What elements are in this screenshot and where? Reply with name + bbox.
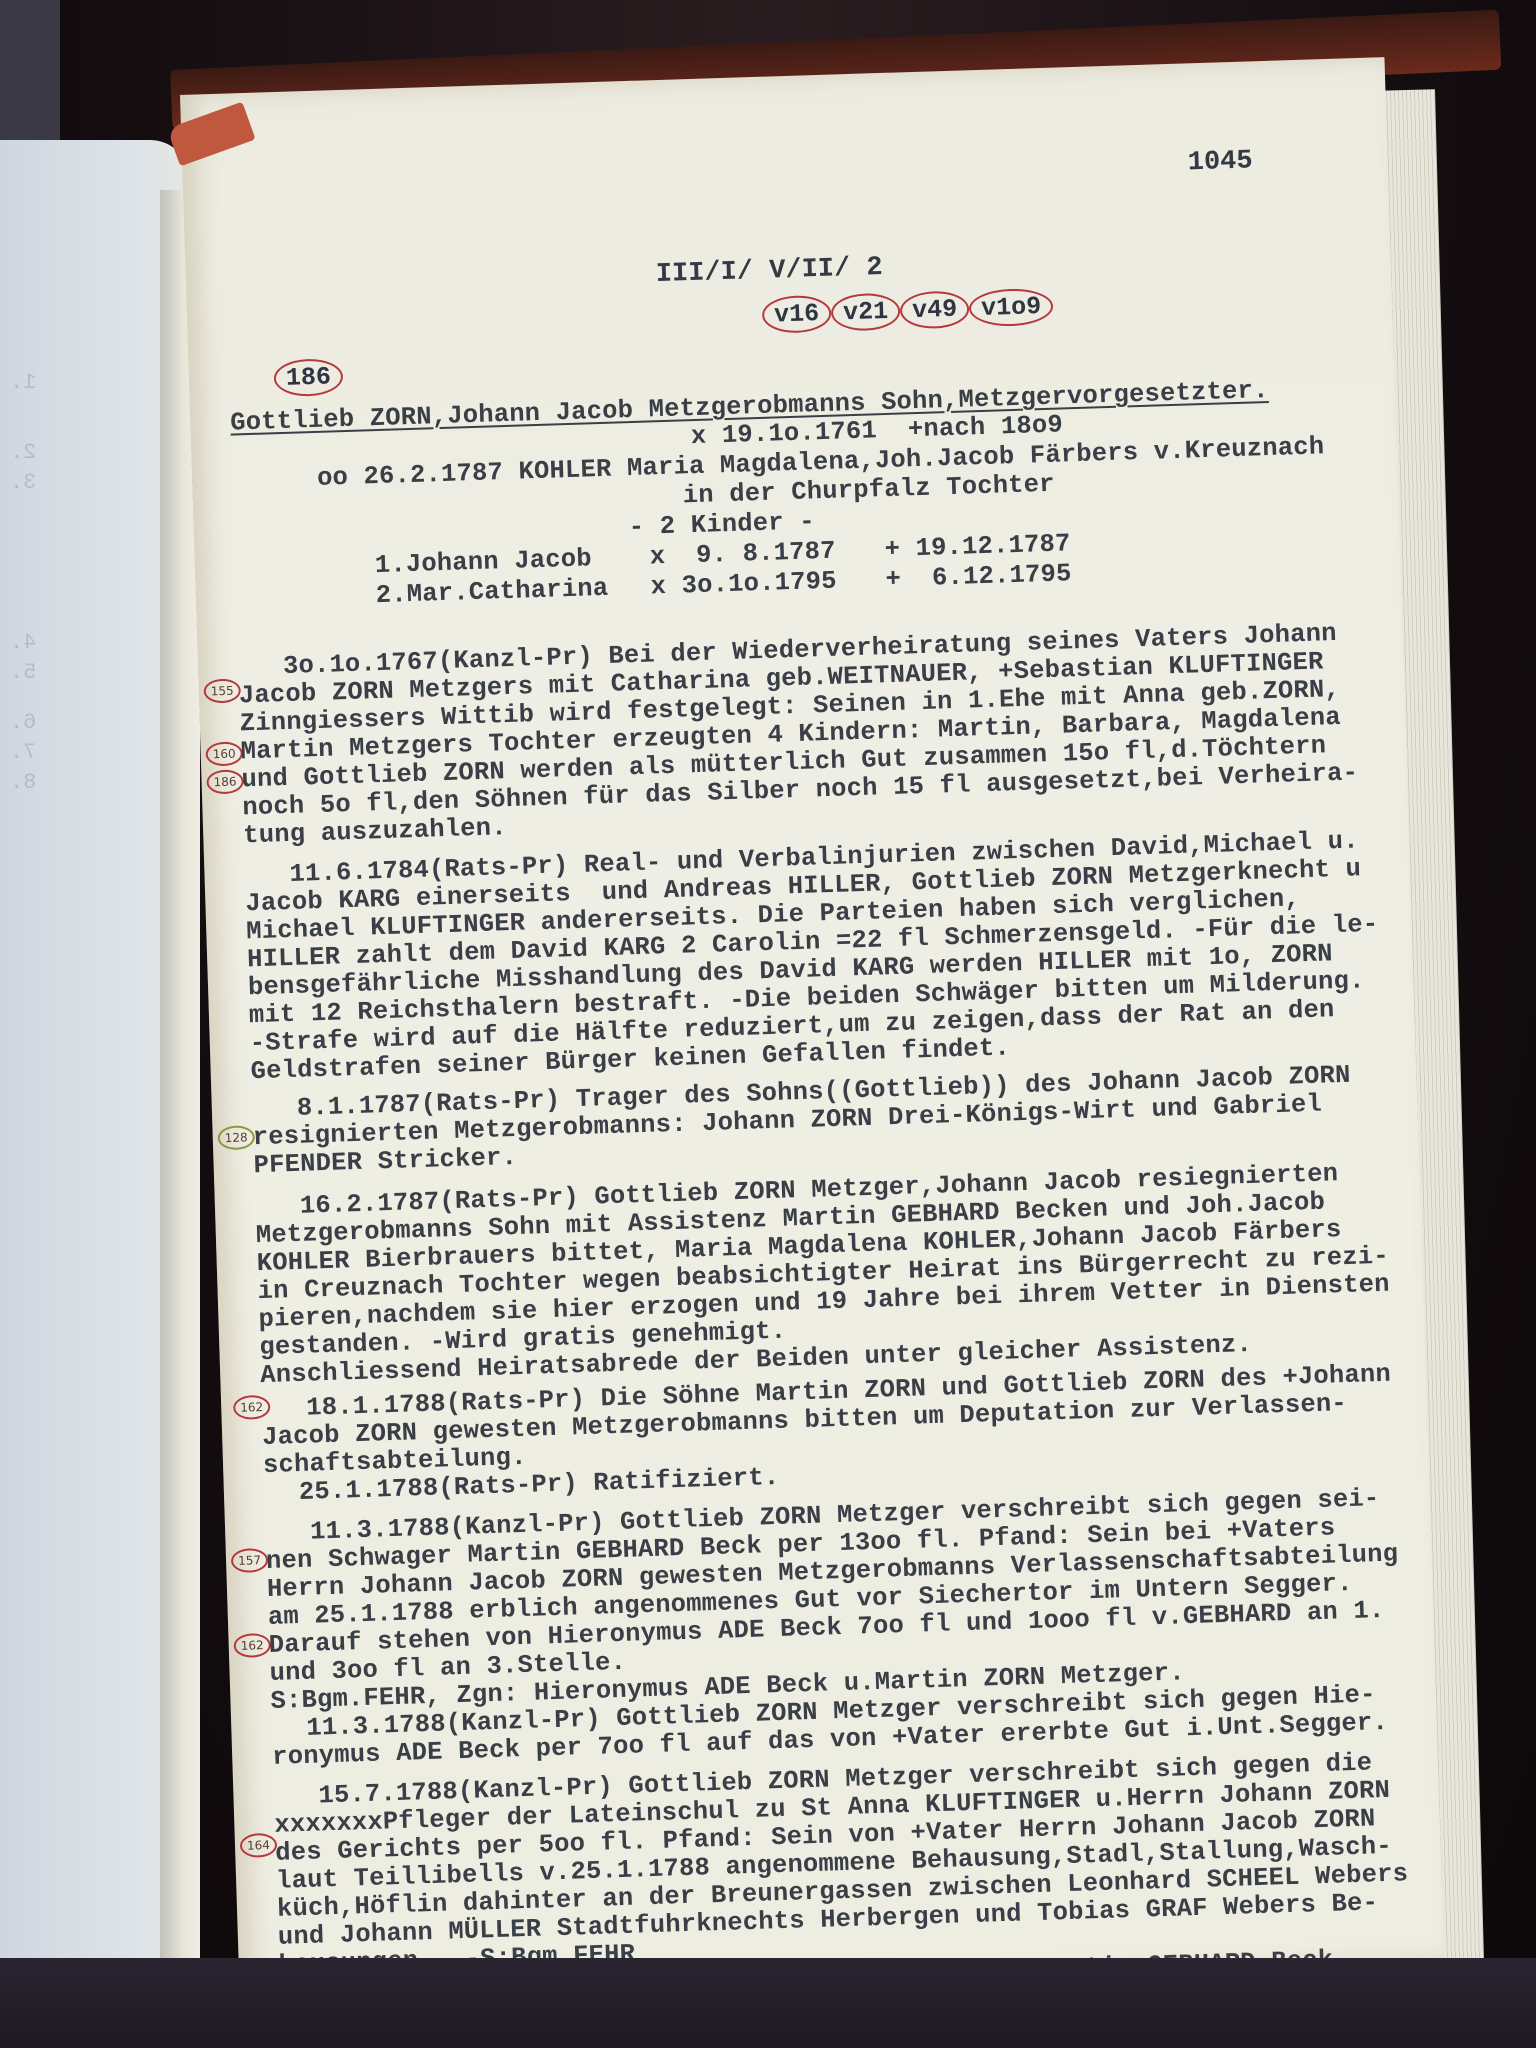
ghost-text: 8. bbox=[10, 770, 36, 795]
record-entry: 162 18.1.1788(Rats-Pr) Die Söhne Martin … bbox=[211, 98, 1360, 134]
child-died: + 19.12.1787 bbox=[884, 529, 1071, 564]
child-born: x 3o.1o.1795 bbox=[650, 567, 837, 602]
child-row: 2.Mar.Catharina x 3o.1o.1795 + 6.12.1795 bbox=[211, 98, 1360, 134]
margin-note-circle: 128 bbox=[217, 1125, 255, 1150]
margin-note-circle: 155 bbox=[203, 678, 241, 703]
record-entry: 11.6.1784(Rats-Pr) Real- und Verbalinjur… bbox=[211, 98, 1360, 134]
page-content: 1045 III/I/ V/II/ 2 v16 v21 v49 v1o9 186… bbox=[211, 98, 1360, 134]
record-entry: 16.2.1787(Rats-Pr) Gottlieb ZORN Metzger… bbox=[211, 98, 1360, 134]
record-entry: 128 8.1.1787(Rats-Pr) Trager des Sohns((… bbox=[211, 98, 1360, 134]
ghost-text: 1. bbox=[10, 370, 36, 395]
v-ref-circle: v49 bbox=[900, 290, 970, 329]
document-page: 1045 III/I/ V/II/ 2 v16 v21 v49 v1o9 186… bbox=[180, 57, 1444, 1999]
child-name: 2.Mar.Catharina bbox=[375, 574, 608, 610]
margin-note-circle: 162 bbox=[233, 1395, 271, 1420]
margin-note-circle: 157 bbox=[231, 1548, 269, 1573]
ghost-text: 6. bbox=[10, 710, 36, 735]
record-entry: 157 162 11.3.1788(Kanzl-Pr) Gottlieb ZOR… bbox=[211, 98, 1360, 134]
child-born: x 9. 8.1787 bbox=[649, 537, 836, 572]
bookmark-ribbon bbox=[167, 102, 256, 167]
v-ref-circle: v21 bbox=[831, 292, 901, 331]
ghost-text: 5. bbox=[10, 660, 36, 685]
v-ref-circle: v16 bbox=[762, 295, 832, 334]
left-book-strip bbox=[0, 0, 60, 140]
margin-note-circle: 164 bbox=[240, 1833, 278, 1858]
margin-note-circle: 160 bbox=[205, 741, 243, 766]
record-entry: 155 160 186 3o.1o.1767(Kanzl-Pr) Bei der… bbox=[211, 98, 1360, 134]
record-entry: 164 15.7.1788(Kanzl-Pr) Gottlieb ZORN Me… bbox=[211, 98, 1360, 134]
desk-surface-bottom bbox=[0, 1958, 1536, 2048]
ghost-text: 7. bbox=[10, 740, 36, 765]
margin-note-circle: 162 bbox=[233, 1633, 271, 1658]
ghost-text: 4. bbox=[10, 630, 36, 655]
v-references: v16 v21 v49 v1o9 bbox=[762, 288, 1054, 334]
margin-note-circle: 186 bbox=[206, 769, 244, 794]
children-header: - 2 Kinder - bbox=[628, 507, 815, 542]
entry-number-circle: 186 bbox=[273, 358, 343, 397]
child-died: + 6.12.1795 bbox=[885, 559, 1072, 594]
ghost-text: 2. bbox=[10, 440, 36, 465]
page-number: 1045 bbox=[1187, 146, 1253, 178]
archive-reference: III/I/ V/II/ 2 bbox=[655, 253, 883, 290]
v-ref-circle: v1o9 bbox=[969, 288, 1054, 328]
child-row: 1.Johann Jacob x 9. 8.1787 + 19.12.1787 bbox=[211, 98, 1360, 134]
ghost-text: 3. bbox=[10, 470, 36, 495]
